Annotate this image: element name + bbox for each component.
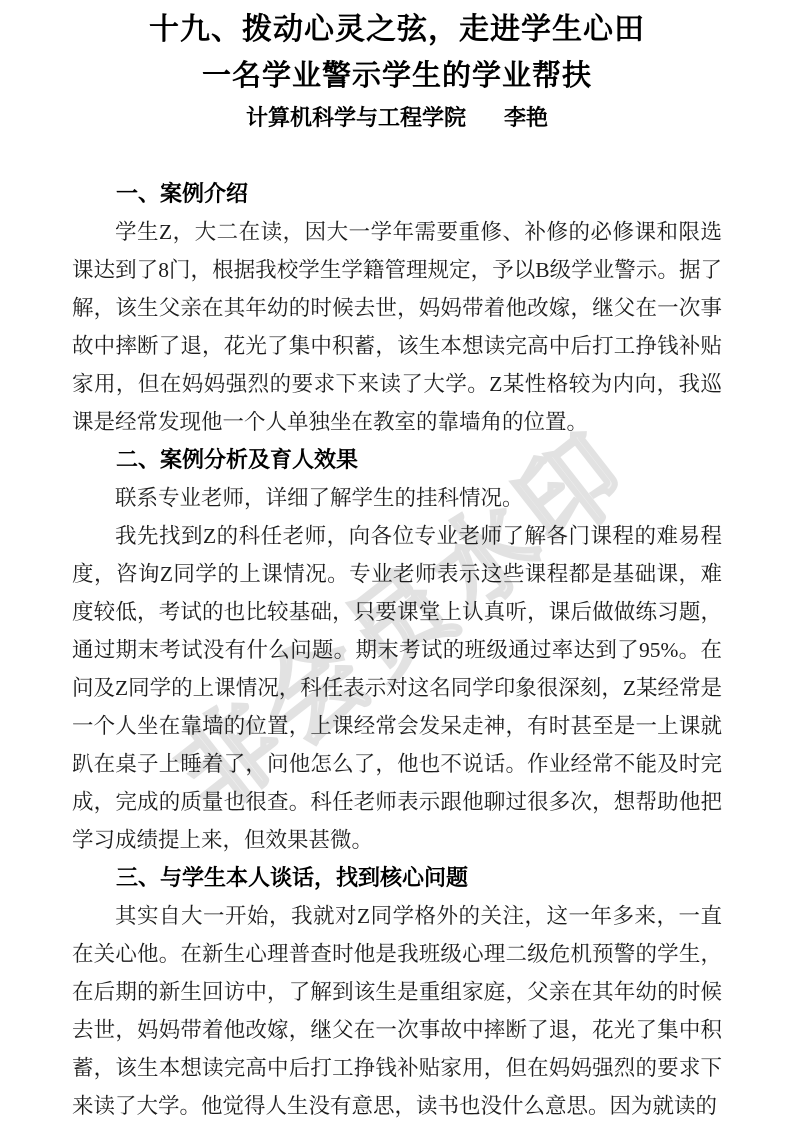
document-page: 非会员水印 十九、拨动心灵之弦，走进学生心田 一名学业警示学生的学业帮扶 计算机… [0, 0, 794, 1123]
section-3-heading: 三、与学生本人谈话，找到核心问题 [72, 859, 722, 897]
byline-author: 李艳 [504, 105, 548, 130]
document-title-line1: 十九、拨动心灵之弦，走进学生心田 [0, 6, 794, 53]
section-1-heading: 一、案例介绍 [72, 175, 722, 213]
section-2-paragraph-1: 联系专业老师，详细了解学生的挂科情况。 [72, 479, 722, 517]
section-1-paragraph-1: 学生Z，大二在读，因大一学年需要重修、补修的必修课和限选课达到了8门，根据我校学… [72, 213, 722, 441]
section-2-heading: 二、案例分析及育人效果 [72, 441, 722, 479]
document-body: 一、案例介绍 学生Z，大二在读，因大一学年需要重修、补修的必修课和限选课达到了8… [72, 175, 722, 1123]
byline-department: 计算机科学与工程学院 [246, 105, 466, 130]
document-title-line2: 一名学业警示学生的学业帮扶 [0, 53, 794, 99]
section-case-introduction: 一、案例介绍 学生Z，大二在读，因大一学年需要重修、补修的必修课和限选课达到了8… [72, 175, 722, 441]
section-case-analysis: 二、案例分析及育人效果 联系专业老师，详细了解学生的挂科情况。 我先找到Z的科任… [72, 441, 722, 859]
section-3-paragraph-1: 其实自大一开始，我就对Z同学格外的关注，这一年多来，一直在关心他。在新生心理普查… [72, 897, 722, 1123]
section-2-paragraph-2: 我先找到Z的科任老师，向各位专业老师了解各门课程的难易程度，咨询Z同学的上课情况… [72, 517, 722, 859]
document-header: 十九、拨动心灵之弦，走进学生心田 一名学业警示学生的学业帮扶 计算机科学与工程学… [0, 0, 794, 137]
byline: 计算机科学与工程学院李艳 [0, 99, 794, 137]
section-student-talk: 三、与学生本人谈话，找到核心问题 其实自大一开始，我就对Z同学格外的关注，这一年… [72, 859, 722, 1123]
